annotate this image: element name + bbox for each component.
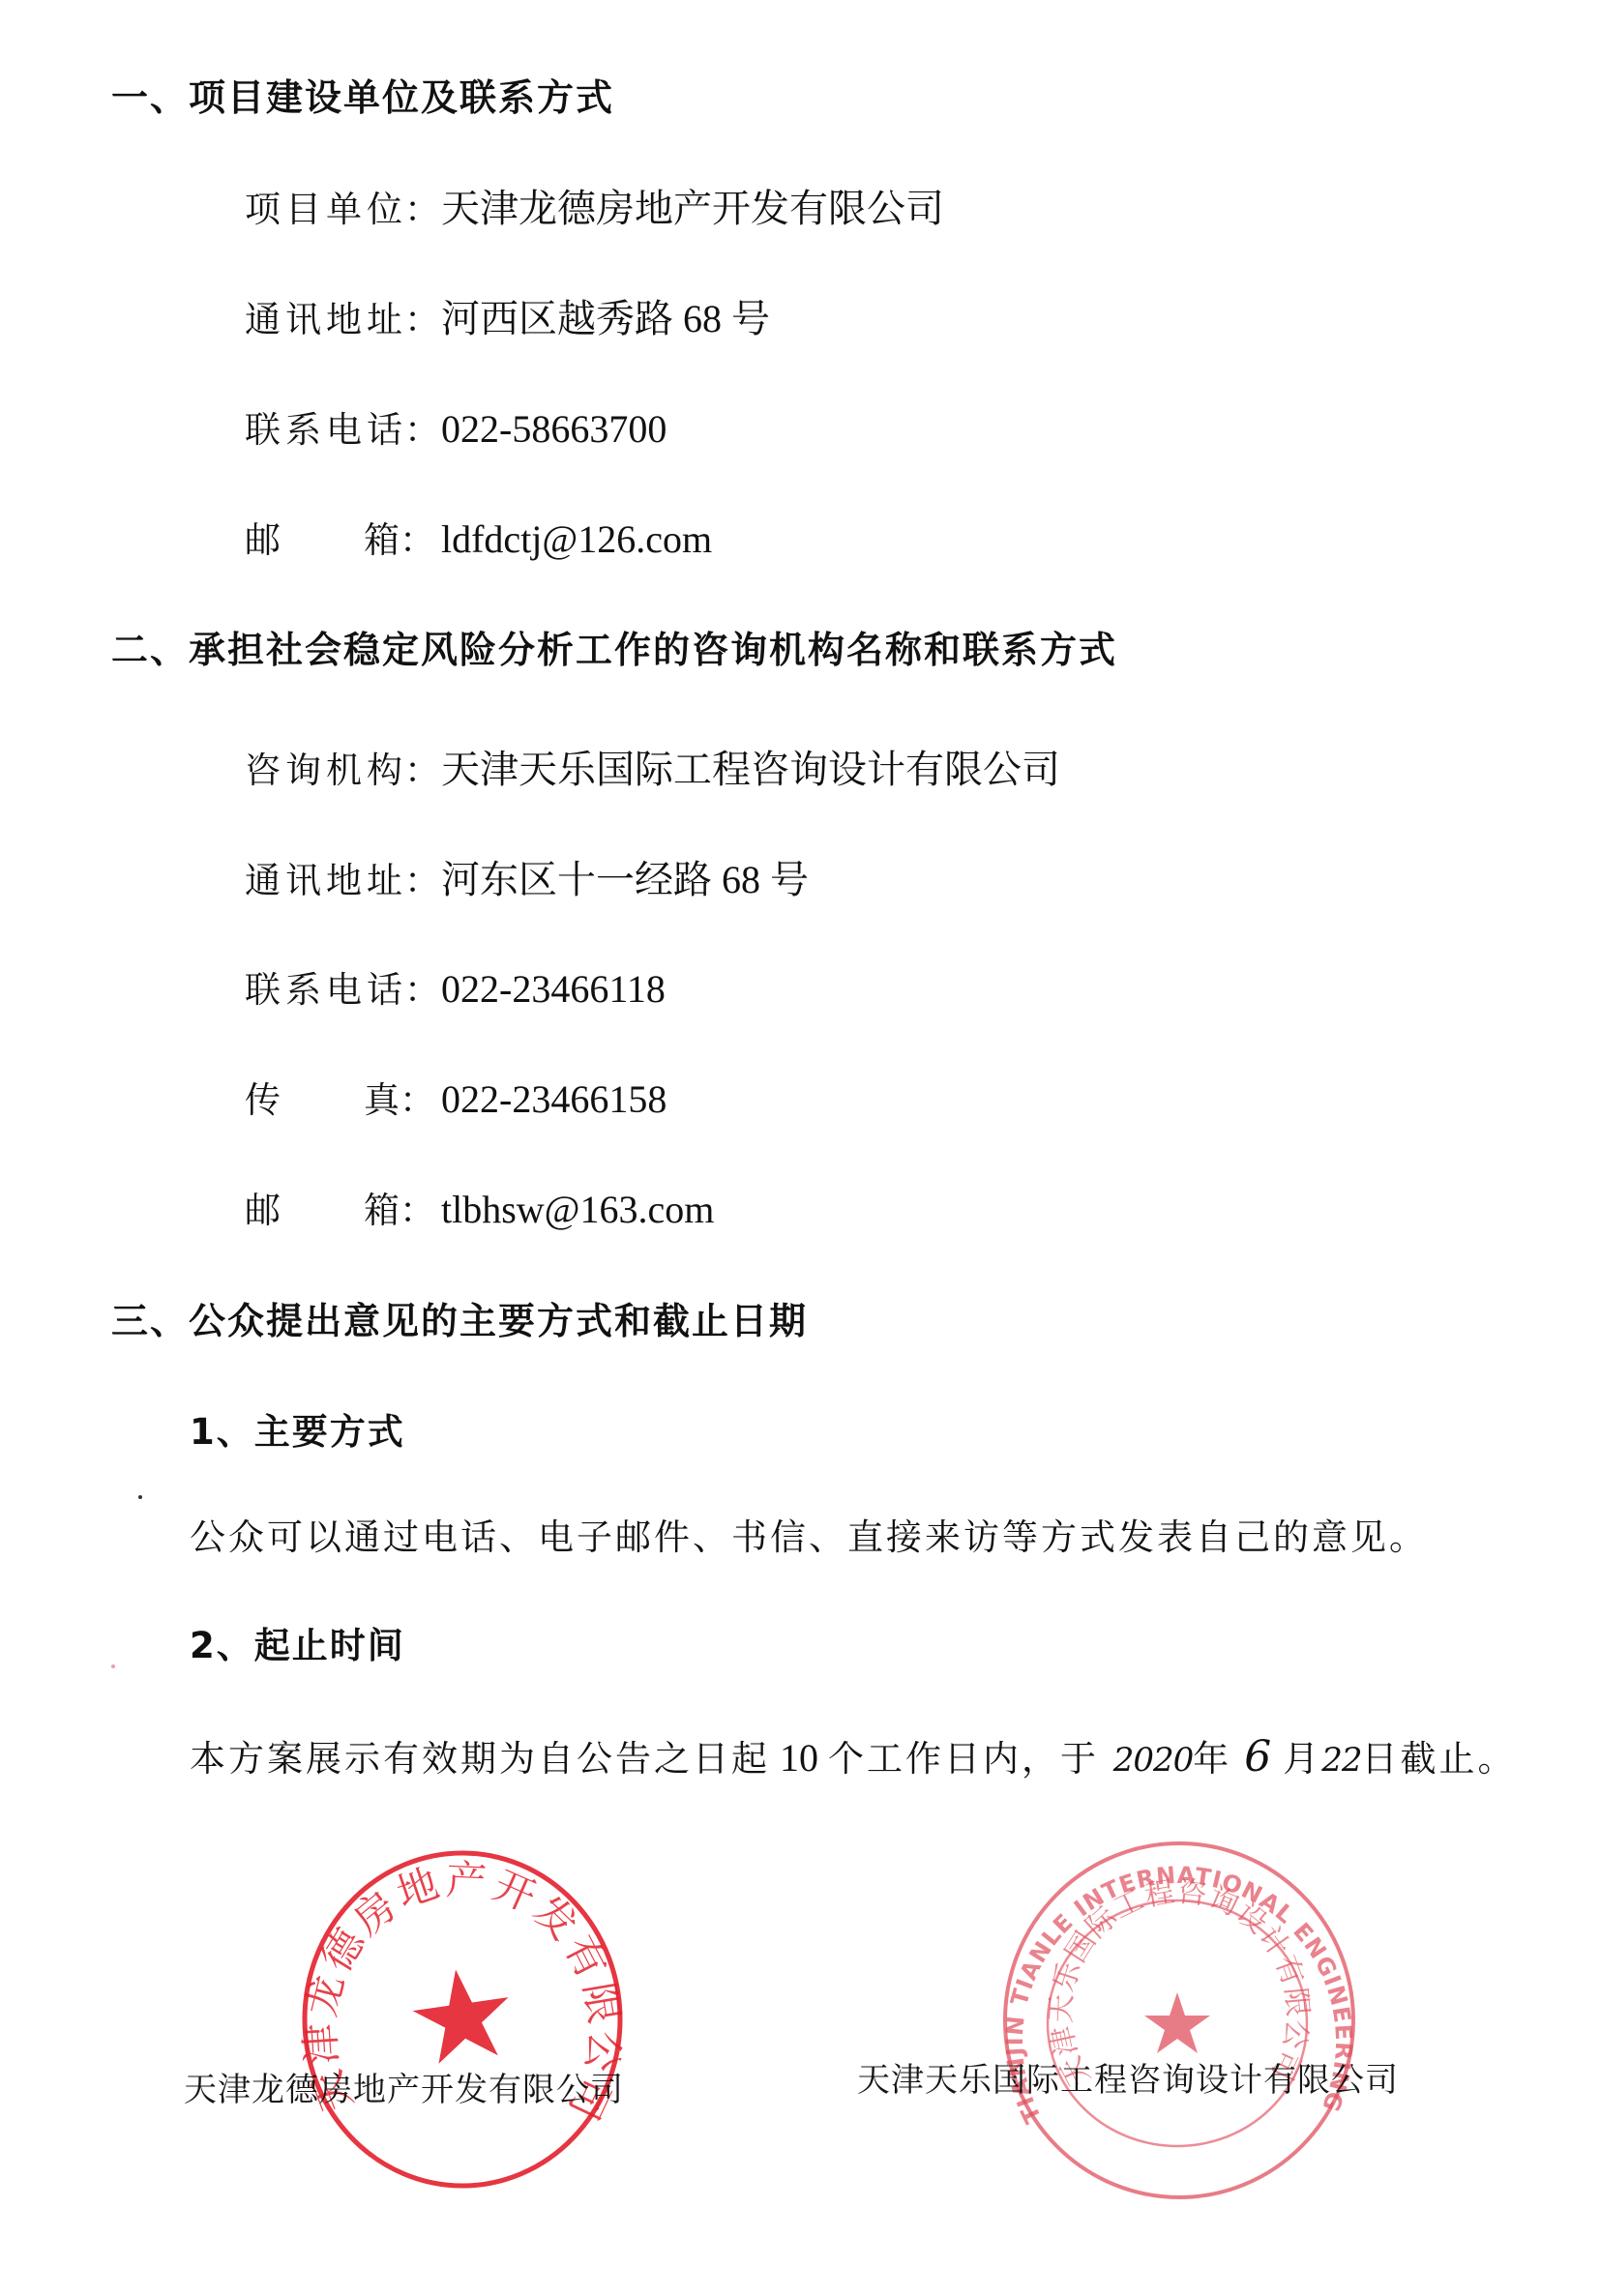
project-unit-row: 项目单位：天津龙德房地产开发有限公司: [245, 190, 944, 228]
subheading-time-period: 2、起止时间: [190, 1628, 405, 1663]
label-char: 箱: [364, 1192, 400, 1228]
email-value[interactable]: tlbhsw@163.com: [441, 1188, 714, 1231]
section-1-heading: 一、项目建设单位及联系方式: [111, 79, 614, 116]
phone-value: 022-58663700: [441, 407, 667, 451]
colon: ：: [400, 522, 441, 558]
scan-speck: [138, 1495, 142, 1499]
email-row: 邮箱：tlbhsw@163.com: [245, 1191, 714, 1229]
field-label: 咨询机构: [245, 752, 404, 788]
star-icon: [1144, 1992, 1210, 2053]
email-value[interactable]: ldfdctj@126.com: [441, 517, 712, 561]
signature-company-left: 天津龙德房地产开发有限公司: [184, 2074, 624, 2106]
section-3-heading: 三、公众提出意见的主要方式和截止日期: [111, 1303, 808, 1339]
address-row: 通讯地址：河东区十一经路 68 号: [245, 861, 809, 899]
text: 日截止。: [1362, 1738, 1517, 1780]
deadline-paragraph: 本方案展示有效期为自公告之日起 10 个工作日内，于 2020年 6 月22日截…: [190, 1736, 1517, 1779]
address-value: 河东区十一经路 68 号: [441, 858, 809, 901]
field-label: 联系电话: [245, 972, 404, 1008]
text: 月: [1283, 1738, 1321, 1780]
address-row: 通讯地址：河西区越秀路 68 号: [245, 300, 770, 339]
text: 个工作日内，于: [828, 1738, 1113, 1780]
field-label: 通讯地址: [245, 863, 404, 898]
phone-row: 联系电话：022-23466118: [245, 970, 666, 1009]
section-2-heading: 二、承担社会稳定风险分析工作的咨询机构名称和联系方式: [111, 632, 1117, 668]
phone-row: 联系电话：022-58663700: [245, 410, 667, 449]
field-label: 联系电话: [245, 412, 404, 448]
colon: ：: [404, 412, 441, 448]
colon: ：: [404, 302, 441, 338]
handwritten-month: 6: [1231, 1732, 1283, 1781]
field-label: 通讯地址: [245, 302, 404, 338]
field-label: 项目单位: [245, 191, 404, 227]
days-count: 10: [770, 1736, 828, 1780]
fax-value: 022-23466158: [441, 1077, 667, 1121]
colon: ：: [404, 752, 441, 788]
star-icon: [408, 1963, 517, 2067]
label-char: 传: [245, 1082, 281, 1118]
label-char: 真: [364, 1082, 400, 1118]
svg-text:天津天乐国际工程咨询设计有限公司: 天津天乐国际工程咨询设计有限公司: [1044, 1874, 1314, 2091]
methods-paragraph: 公众可以通过电话、电子邮件、书信、直接来访等方式发表自己的意见。: [190, 1519, 1428, 1555]
field-label: 传真: [245, 1082, 400, 1118]
address-value: 河西区越秀路 68 号: [441, 297, 770, 340]
colon: ：: [400, 1192, 441, 1228]
label-char: 邮: [245, 1192, 281, 1228]
text: 本方案展示有效期为自公告之日起: [190, 1738, 770, 1780]
company-seal-right: TIANJIN TIANLE INTERNATIONAL ENGINEERING…: [999, 1838, 1359, 2203]
handwritten-day: 22: [1321, 1741, 1361, 1780]
colon: ：: [404, 191, 441, 227]
handwritten-year: 2020: [1113, 1741, 1194, 1780]
colon: ：: [404, 972, 441, 1008]
fax-row: 传真：022-23466158: [245, 1080, 667, 1119]
colon: ：: [400, 1082, 441, 1118]
project-unit-value: 天津龙德房地产开发有限公司: [441, 187, 944, 230]
label-char: 箱: [364, 522, 400, 558]
email-row: 邮箱：ldfdctj@126.com: [245, 520, 712, 559]
label-char: 邮: [245, 522, 281, 558]
consultancy-value: 天津天乐国际工程咨询设计有限公司: [441, 748, 1060, 791]
subheading-main-methods: 1、主要方式: [190, 1414, 405, 1450]
colon: ：: [404, 863, 441, 898]
consultancy-row: 咨询机构：天津天乐国际工程咨询设计有限公司: [245, 751, 1060, 789]
company-seal-left: 天津龙德房地产开发有限公司: [298, 1845, 627, 2193]
text: 年: [1193, 1738, 1231, 1780]
phone-value: 022-23466118: [441, 967, 666, 1011]
scan-speck: [111, 1664, 115, 1668]
field-label: 邮箱: [245, 522, 400, 558]
field-label: 邮箱: [245, 1192, 400, 1228]
signature-company-right: 天津天乐国际工程咨询设计有限公司: [857, 2064, 1399, 2097]
